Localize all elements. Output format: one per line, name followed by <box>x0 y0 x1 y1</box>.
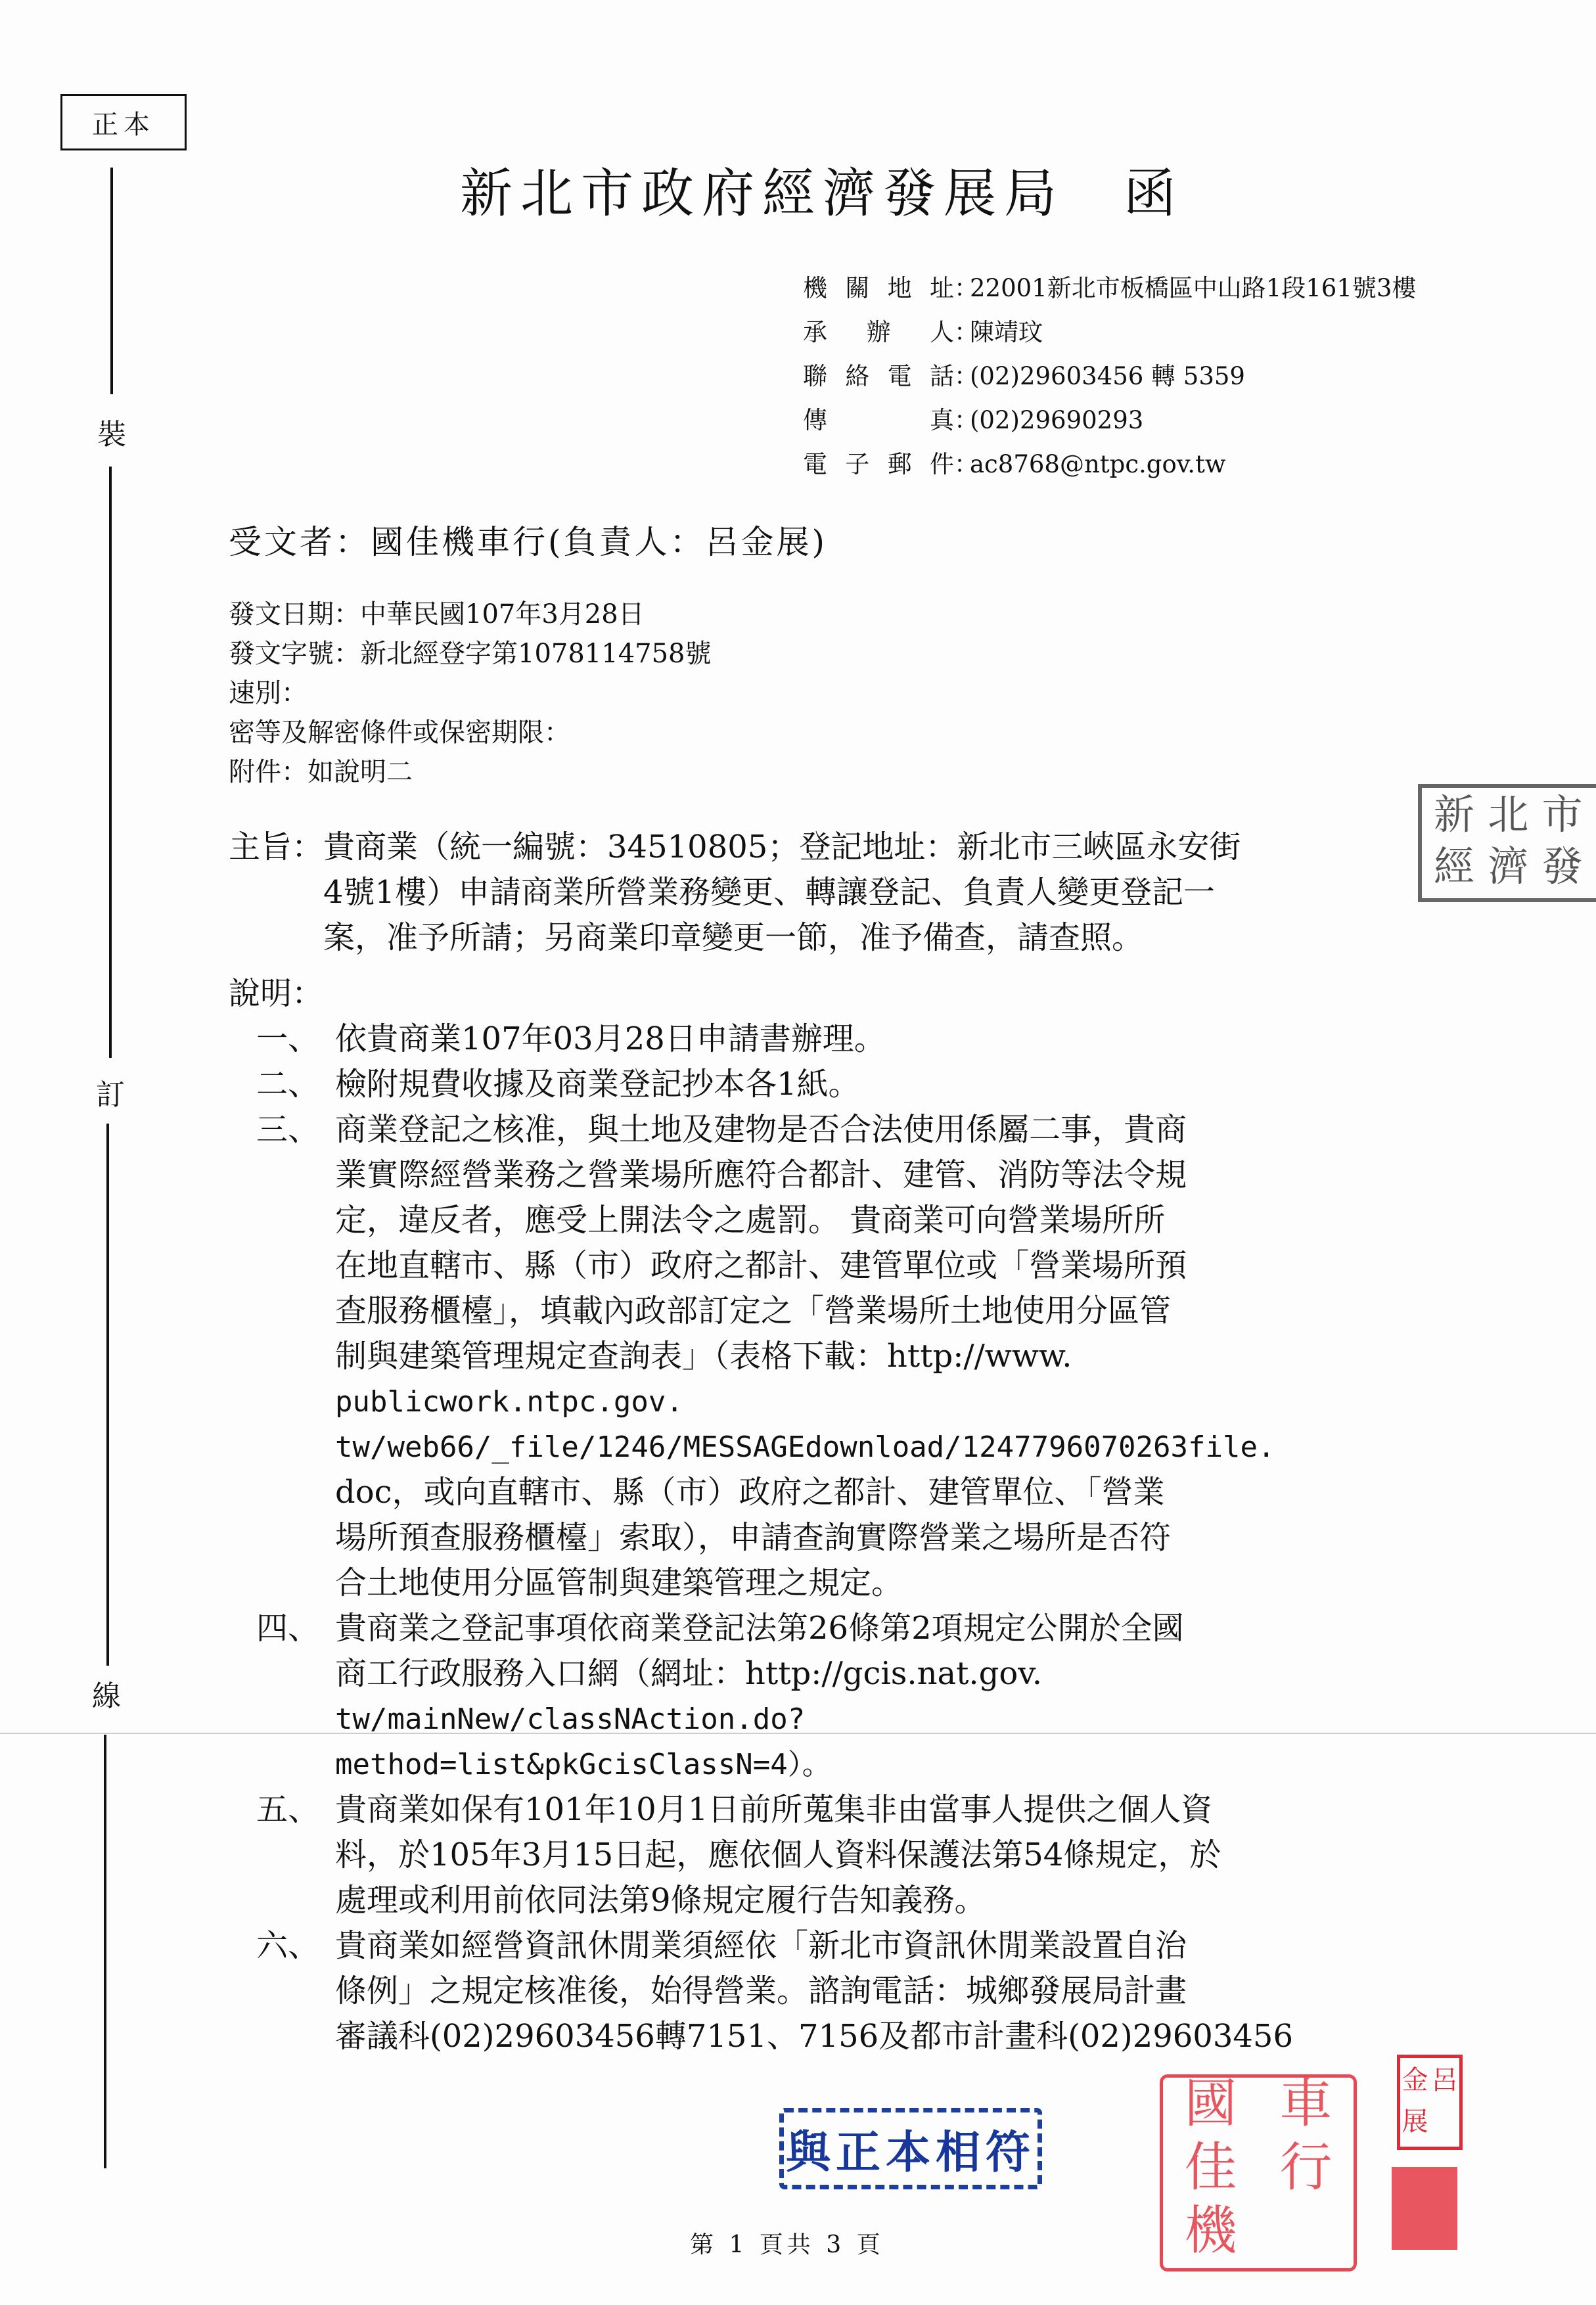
agency-name: 新北市政府經濟發展局 <box>460 163 1064 224</box>
agency-seal-stamp: 新 北 市 經 濟 發 <box>1418 784 1596 902</box>
attachment: 附件：如說明二 <box>229 752 712 792</box>
contact-row-email: 電子郵件：ac8768@ntpc.gov.tw <box>803 442 1416 486</box>
document-body: 主旨： 貴商業（統一編號：34510805；登記地址：新北市三峽區永安街 4號1… <box>229 825 1411 2059</box>
url-link-part[interactable]: tw/mainNew/classNAction.do? <box>335 1697 1340 1742</box>
explanation-label: 說明： <box>229 971 1411 1016</box>
email-link[interactable]: ac8768@ntpc.gov.tw <box>970 442 1226 486</box>
url-link-part[interactable]: tw/web66/_file/1246/MESSAGEdownload/1247… <box>335 1425 1340 1470</box>
contact-row-fax: 傳真：(02)29690293 <box>803 398 1416 442</box>
binding-mark-xian: 線 <box>87 1672 126 1714</box>
binding-line <box>110 168 113 394</box>
binding-mark-ding: 訂 <box>91 1071 130 1113</box>
explanation-item-6: 六、 貴商業如經營資訊休閒業須經依「新北市資訊休閒業設置自治 條例」之規定核准後… <box>256 1923 1411 2059</box>
solid-red-seal-stamp <box>1392 2167 1457 2250</box>
explanation-item-3: 三、 商業登記之核准，與土地及建物是否合法使用係屬二事，貴商 業實際經營業務之營… <box>256 1107 1411 1606</box>
original-copy-badge: 正本 <box>60 94 187 150</box>
scan-fold-line <box>0 1733 1596 1734</box>
speed-class: 速別： <box>229 673 712 713</box>
secrecy-level: 密等及解密條件或保密期限： <box>229 713 712 752</box>
subject: 主旨： 貴商業（統一編號：34510805；登記地址：新北市三峽區永安街 4號1… <box>229 825 1411 961</box>
url-link-part[interactable]: method=list&pkGcisClassN=4）。 <box>335 1742 1340 1787</box>
explanation-item-2: 二、 檢附規費收據及商業登記抄本各1紙。 <box>256 1062 1411 1107</box>
explanation-item-5: 五、 貴商業如保有101年10月1日前所蒐集非由當事人提供之個人資 料，於105… <box>256 1787 1411 1923</box>
binding-line <box>109 467 112 1058</box>
recipient: 受文者：國佳機車行(負責人：呂金展) <box>229 516 827 563</box>
binding-line <box>104 1735 106 2168</box>
url-link-part[interactable]: publicwork.ntpc.gov. <box>335 1379 1340 1425</box>
issue-date: 發文日期：中華民國107年3月28日 <box>229 595 712 634</box>
contact-info: 機關地址：22001新北市板橋區中山路1段161號3樓 承辦人：陳靖玟 聯絡電話… <box>803 266 1416 486</box>
explanation-item-1: 一、 依貴商業107年03月28日申請書辦理。 <box>256 1016 1411 1062</box>
document-meta: 發文日期：中華民國107年3月28日 發文字號：新北經登字第1078114758… <box>229 595 712 792</box>
contact-row-handler: 承辦人：陳靖玟 <box>803 310 1416 354</box>
explanation-item-4: 四、 貴商業之登記事項依商業登記法第26條第2項規定公開於全國 商工行政服務入口… <box>256 1606 1411 1787</box>
page-number: 第 1 頁共 3 頁 <box>690 2226 884 2260</box>
document-number: 發文字號：新北經登字第1078114758號 <box>229 634 712 673</box>
owner-seal-stamp: 金 呂 展 <box>1397 2055 1463 2150</box>
document-type: 函 <box>1124 163 1184 224</box>
contact-row-phone: 聯絡電話：(02)29603456 轉 5359 <box>803 354 1416 398</box>
binding-line <box>106 1124 109 1666</box>
contact-row-address: 機關地址：22001新北市板橋區中山路1段161號3樓 <box>803 266 1416 310</box>
document-title: 新北市政府經濟發展局函 <box>460 151 1184 227</box>
binding-mark-zhuang: 裝 <box>92 411 131 453</box>
certified-copy-stamp: 與正本相符 <box>779 2108 1042 2189</box>
business-seal-stamp: 國 車 佳 行 機 <box>1160 2074 1357 2271</box>
